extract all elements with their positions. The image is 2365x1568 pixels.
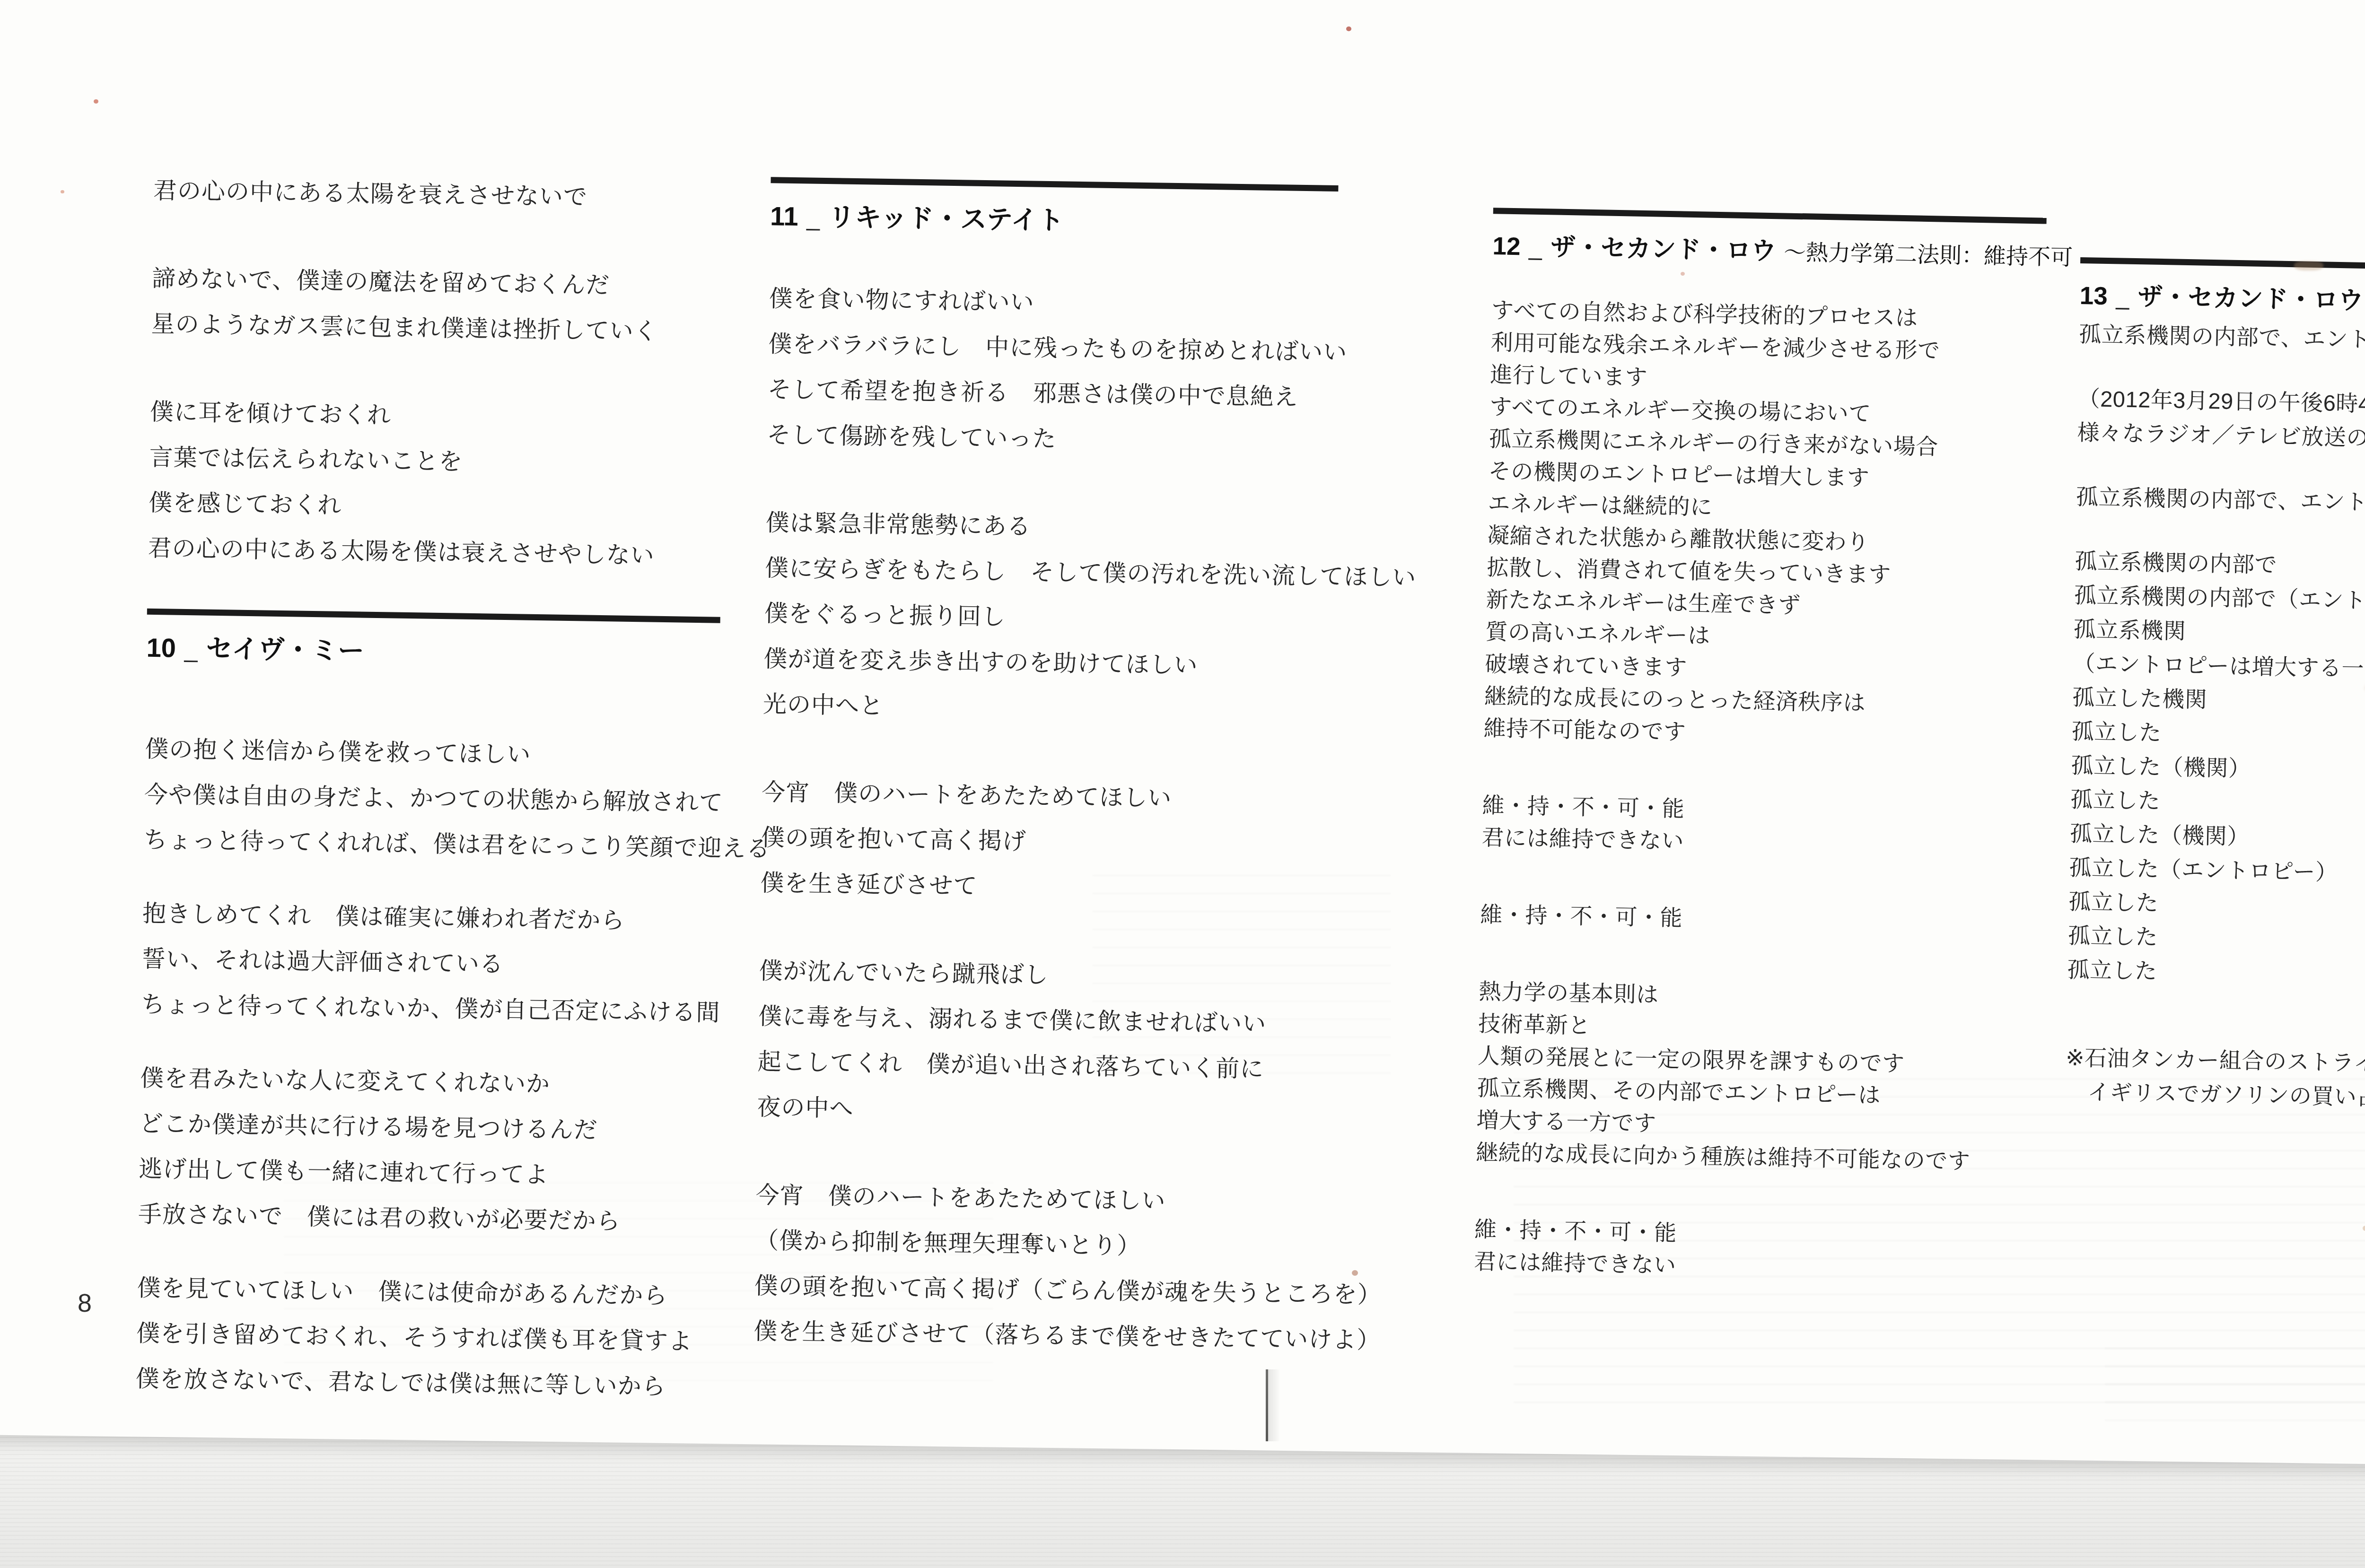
- track-subtitle: ～熱力学第二法則：維持不可: [1784, 239, 2073, 270]
- stanza: 僕は緊急非常態勢にある僕に安らぎをもたらし そして僕の汚れを洗い流してほしい僕を…: [762, 500, 1395, 736]
- lyric-line: 光の中へと: [762, 681, 1392, 736]
- center-fold-crease: [1266, 1369, 1268, 1441]
- lyric-line: 君の心の中にある太陽を衰えさせないで: [153, 168, 759, 222]
- stanza: 僕に耳を傾けておくれ言葉では伝えられないことを僕を感じておくれ君の心の中にある太…: [148, 389, 756, 580]
- stanza: 孤立系機関の内部で孤立系機関の内部で（エントロピーは）孤立系機関（エントロピーは…: [2067, 544, 2365, 999]
- lyric-line: 孤立した: [2067, 953, 2365, 1000]
- stanza: 今宵 僕のハートをあたためてほしい（僕から抑制を無理矢理奪いとり）僕の頭を抱いて…: [753, 1172, 1385, 1363]
- stanza: 僕が沈んでいたら蹴飛ばし僕に毒を与え、溺れるまで僕に飲ませればいい起こしてくれ …: [757, 948, 1389, 1139]
- lyric-line: 僕を引き留めておくれ、そうすれば僕も耳を貸すよ: [136, 1311, 742, 1365]
- lyric-line: ちょっと待ってくれれば、僕は君をにっこり笑顔で迎える: [143, 817, 749, 871]
- lyric-line: ちょっと待ってくれないか、僕が自己否定にふける間: [141, 982, 747, 1036]
- lyric-line: 手放さないで 僕には君の救いが必要だから: [138, 1192, 744, 1246]
- track-separator: _: [184, 636, 198, 662]
- scanned-booklet-spread: 君の心の中にある太陽を衰えさせないで諦めないで、僕達の魔法を留めておくんだ星のよ…: [0, 0, 2365, 1568]
- stanza: 諦めないで、僕達の魔法を留めておくんだ星のようなガス雲に包まれ僕達は挫折していく: [151, 256, 758, 356]
- stanza: 僕を君みたいな人に変えてくれないかどこか僕達が共に行ける場を見つけるんだ逃げ出し…: [138, 1055, 746, 1246]
- column-track-10: 君の心の中にある太陽を衰えさせないで諦めないで、僕達の魔法を留めておくんだ星のよ…: [135, 168, 759, 1411]
- lyric-line: 僕に耳を傾けておくれ: [149, 389, 755, 444]
- lyric-line: 逃げ出して僕も一緒に連れて行ってよ: [139, 1146, 745, 1201]
- lyric-line: 僕を生き延びさせて: [760, 860, 1390, 915]
- track-title: ザ・セカンド・ロウ: [2137, 283, 2364, 315]
- lyric-line: そして傷跡を残していった: [767, 412, 1396, 467]
- lyric-line: 抱きしめてくれ 僕は確実に嫌われ者だから: [142, 891, 748, 945]
- column-track-11: 11_リキッド・ステイト 僕を食い物にすればいい僕をバラバラにし 中に残ったもの…: [753, 177, 1400, 1363]
- right-page: 12_ザ・セカンド・ロウ～熱力学第二法則：維持不可 すべての自然および科学技術的…: [1388, 0, 2365, 1472]
- lyric-line: 僕を君みたいな人に変えてくれないか: [140, 1055, 746, 1110]
- stanza: 維・持・不・可・能: [1480, 898, 2124, 942]
- track-separator: _: [1529, 234, 1542, 261]
- paper-speck: [2363, 1226, 2365, 1231]
- lyrics-track-12: すべての自然および科学技術的プロセスは利用可能な残余エネルギーを減少させる形で進…: [1474, 294, 2135, 1289]
- lyric-line: 孤立系機関の内部で、エントロピーは増大する一方です: [2076, 480, 2365, 527]
- column-track-13: 13_ザ・セカンド・ロウ～熱力学第二法則：単離機関 孤立系機関の内部で、エントロ…: [2062, 257, 2365, 1257]
- track-title: ザ・セカンド・ロウ: [1550, 233, 1777, 265]
- stanza: （2012年3月29日の午後6時48分から7時10分までの様々なラジオ／テレビ放…: [2077, 382, 2365, 462]
- stanza: 維・持・不・可・能君には維持できない: [1474, 1213, 2118, 1289]
- lyric-line: 誓い、それは過大評価されている: [141, 936, 747, 991]
- stanza: 孤立系機関の内部で、エントロピーは増大する一方です: [2079, 317, 2365, 364]
- lyric-line: 維・持・不・可・能: [1480, 898, 2124, 942]
- stanza: すべての自然および科学技術的プロセスは利用可能な残余エネルギーを減少させる形で進…: [1483, 294, 2135, 756]
- stanza: 孤立系機関の内部で、エントロピーは増大する一方です: [2076, 480, 2365, 527]
- track-number: 13: [2079, 282, 2108, 310]
- lyric-line: 僕を放さないで、君なしでは僕は無に等しいから: [135, 1356, 741, 1411]
- lyric-line: 僕を見ていてほしい 僕には使命があるんだから: [137, 1265, 743, 1320]
- lyric-line: 様々なラジオ／テレビ放送の模様※）: [2077, 416, 2365, 462]
- lyric-line: 諦めないで、僕達の魔法を留めておくんだ: [152, 256, 758, 310]
- track-number: 12: [1492, 232, 1521, 261]
- track-heading-11: 11_リキッド・ステイト: [770, 177, 1339, 242]
- track-separator: _: [806, 204, 820, 231]
- liner-footnote: ※石油タンカー組合のストライキに関する警告を受け イギリスでガソリンの買い占め騒…: [2065, 1041, 2365, 1122]
- track-heading-10: 10_セイヴ・ミー: [146, 609, 720, 673]
- lyric-line: 夜の中へ: [757, 1084, 1386, 1139]
- track-title: リキッド・ステイト: [828, 202, 1064, 235]
- track-separator: _: [2116, 283, 2129, 310]
- stanza: 君の心の中にある太陽を衰えさせないで: [153, 168, 759, 222]
- stanza: 僕を食い物にすればいい僕をバラバラにし 中に残ったものを掠めとればいいそして希望…: [767, 276, 1399, 467]
- stanza: 今宵 僕のハートをあたためてほしい僕の頭を抱いて高く掲げ僕を生き延びさせて: [760, 769, 1391, 915]
- paper-speck: [61, 190, 64, 193]
- track-number: 11: [770, 201, 798, 231]
- paper-stain: [2294, 261, 2323, 270]
- track-heading-12: 12_ザ・セカンド・ロウ～熱力学第二法則：維持不可: [1492, 208, 2047, 272]
- stanza: 僕を見ていてほしい 僕には使命があるんだから僕を引き留めておくれ、そうすれば僕も…: [135, 1265, 743, 1411]
- stanza: 維・持・不・可・能君には維持できない: [1481, 789, 2126, 865]
- lyric-line: 孤立系機関の内部で、エントロピーは増大する一方です: [2079, 317, 2365, 364]
- lyrics-track-10: 僕の抱く迷信から僕を救ってほしい今や僕は自由の身だよ、かつての状態から解放されて…: [135, 726, 751, 1411]
- lyric-line: 僕の抱く迷信から僕を救ってほしい: [145, 726, 751, 781]
- paper-speck: [1346, 26, 1351, 31]
- stanza: 抱きしめてくれ 僕は確実に嫌われ者だから誓い、それは過大評価されているちょっと待…: [141, 891, 748, 1036]
- stanza: 熱力学の基本則は技術革新と人類の発展とに一定の限界を課すものです孤立系機関、その…: [1476, 976, 2122, 1180]
- lyrics-track-11: 僕を食い物にすればいい僕をバラバラにし 中に残ったものを掠めとればいいそして希望…: [753, 276, 1399, 1363]
- stanza: ※石油タンカー組合のストライキに関する警告を受け イギリスでガソリンの買い占め騒…: [2065, 1041, 2365, 1122]
- lyric-line: 今や僕は自由の身だよ、かつての状態から解放されて: [144, 772, 750, 826]
- left-page: 君の心の中にある太陽を衰えさせないで諦めないで、僕達の魔法を留めておくんだ星のよ…: [0, 0, 1414, 1468]
- paper-speck: [1681, 272, 1685, 276]
- lyric-line: 君の心の中にある太陽を僕は衰えさせやしない: [148, 525, 753, 580]
- track-title: セイヴ・ミー: [206, 634, 364, 666]
- lyric-line: どこか僕達が共に行ける場を見つけるんだ: [139, 1101, 745, 1155]
- paper-speck: [94, 99, 98, 104]
- lyrics-previous-track-end: 君の心の中にある太陽を衰えさせないで諦めないで、僕達の魔法を留めておくんだ星のよ…: [148, 168, 759, 580]
- lyric-line: 僕を生き延びさせて（落ちるまで僕をせきたてていけよ）: [753, 1308, 1383, 1363]
- lyric-line: 僕を感じておくれ: [149, 480, 754, 534]
- paper-speck: [1352, 1270, 1358, 1276]
- page-number: 8: [78, 1289, 92, 1318]
- stanza: 僕の抱く迷信から僕を救ってほしい今や僕は自由の身だよ、かつての状態から解放されて…: [143, 726, 751, 871]
- lyrics-track-13: 孤立系機関の内部で、エントロピーは増大する一方です（2012年3月29日の午後6…: [2067, 317, 2365, 999]
- lyric-line: イギリスでガソリンの買い占め騒動が起きた日でもある: [2065, 1075, 2365, 1122]
- track-number: 10: [146, 633, 176, 663]
- lyric-line: 言葉では伝えられないことを: [149, 435, 755, 489]
- column-track-12: 12_ザ・セカンド・ロウ～熱力学第二法則：維持不可 すべての自然および科学技術的…: [1474, 208, 2137, 1289]
- lyric-line: 星のようなガス雲に包まれ僕達は挫折していく: [151, 301, 757, 356]
